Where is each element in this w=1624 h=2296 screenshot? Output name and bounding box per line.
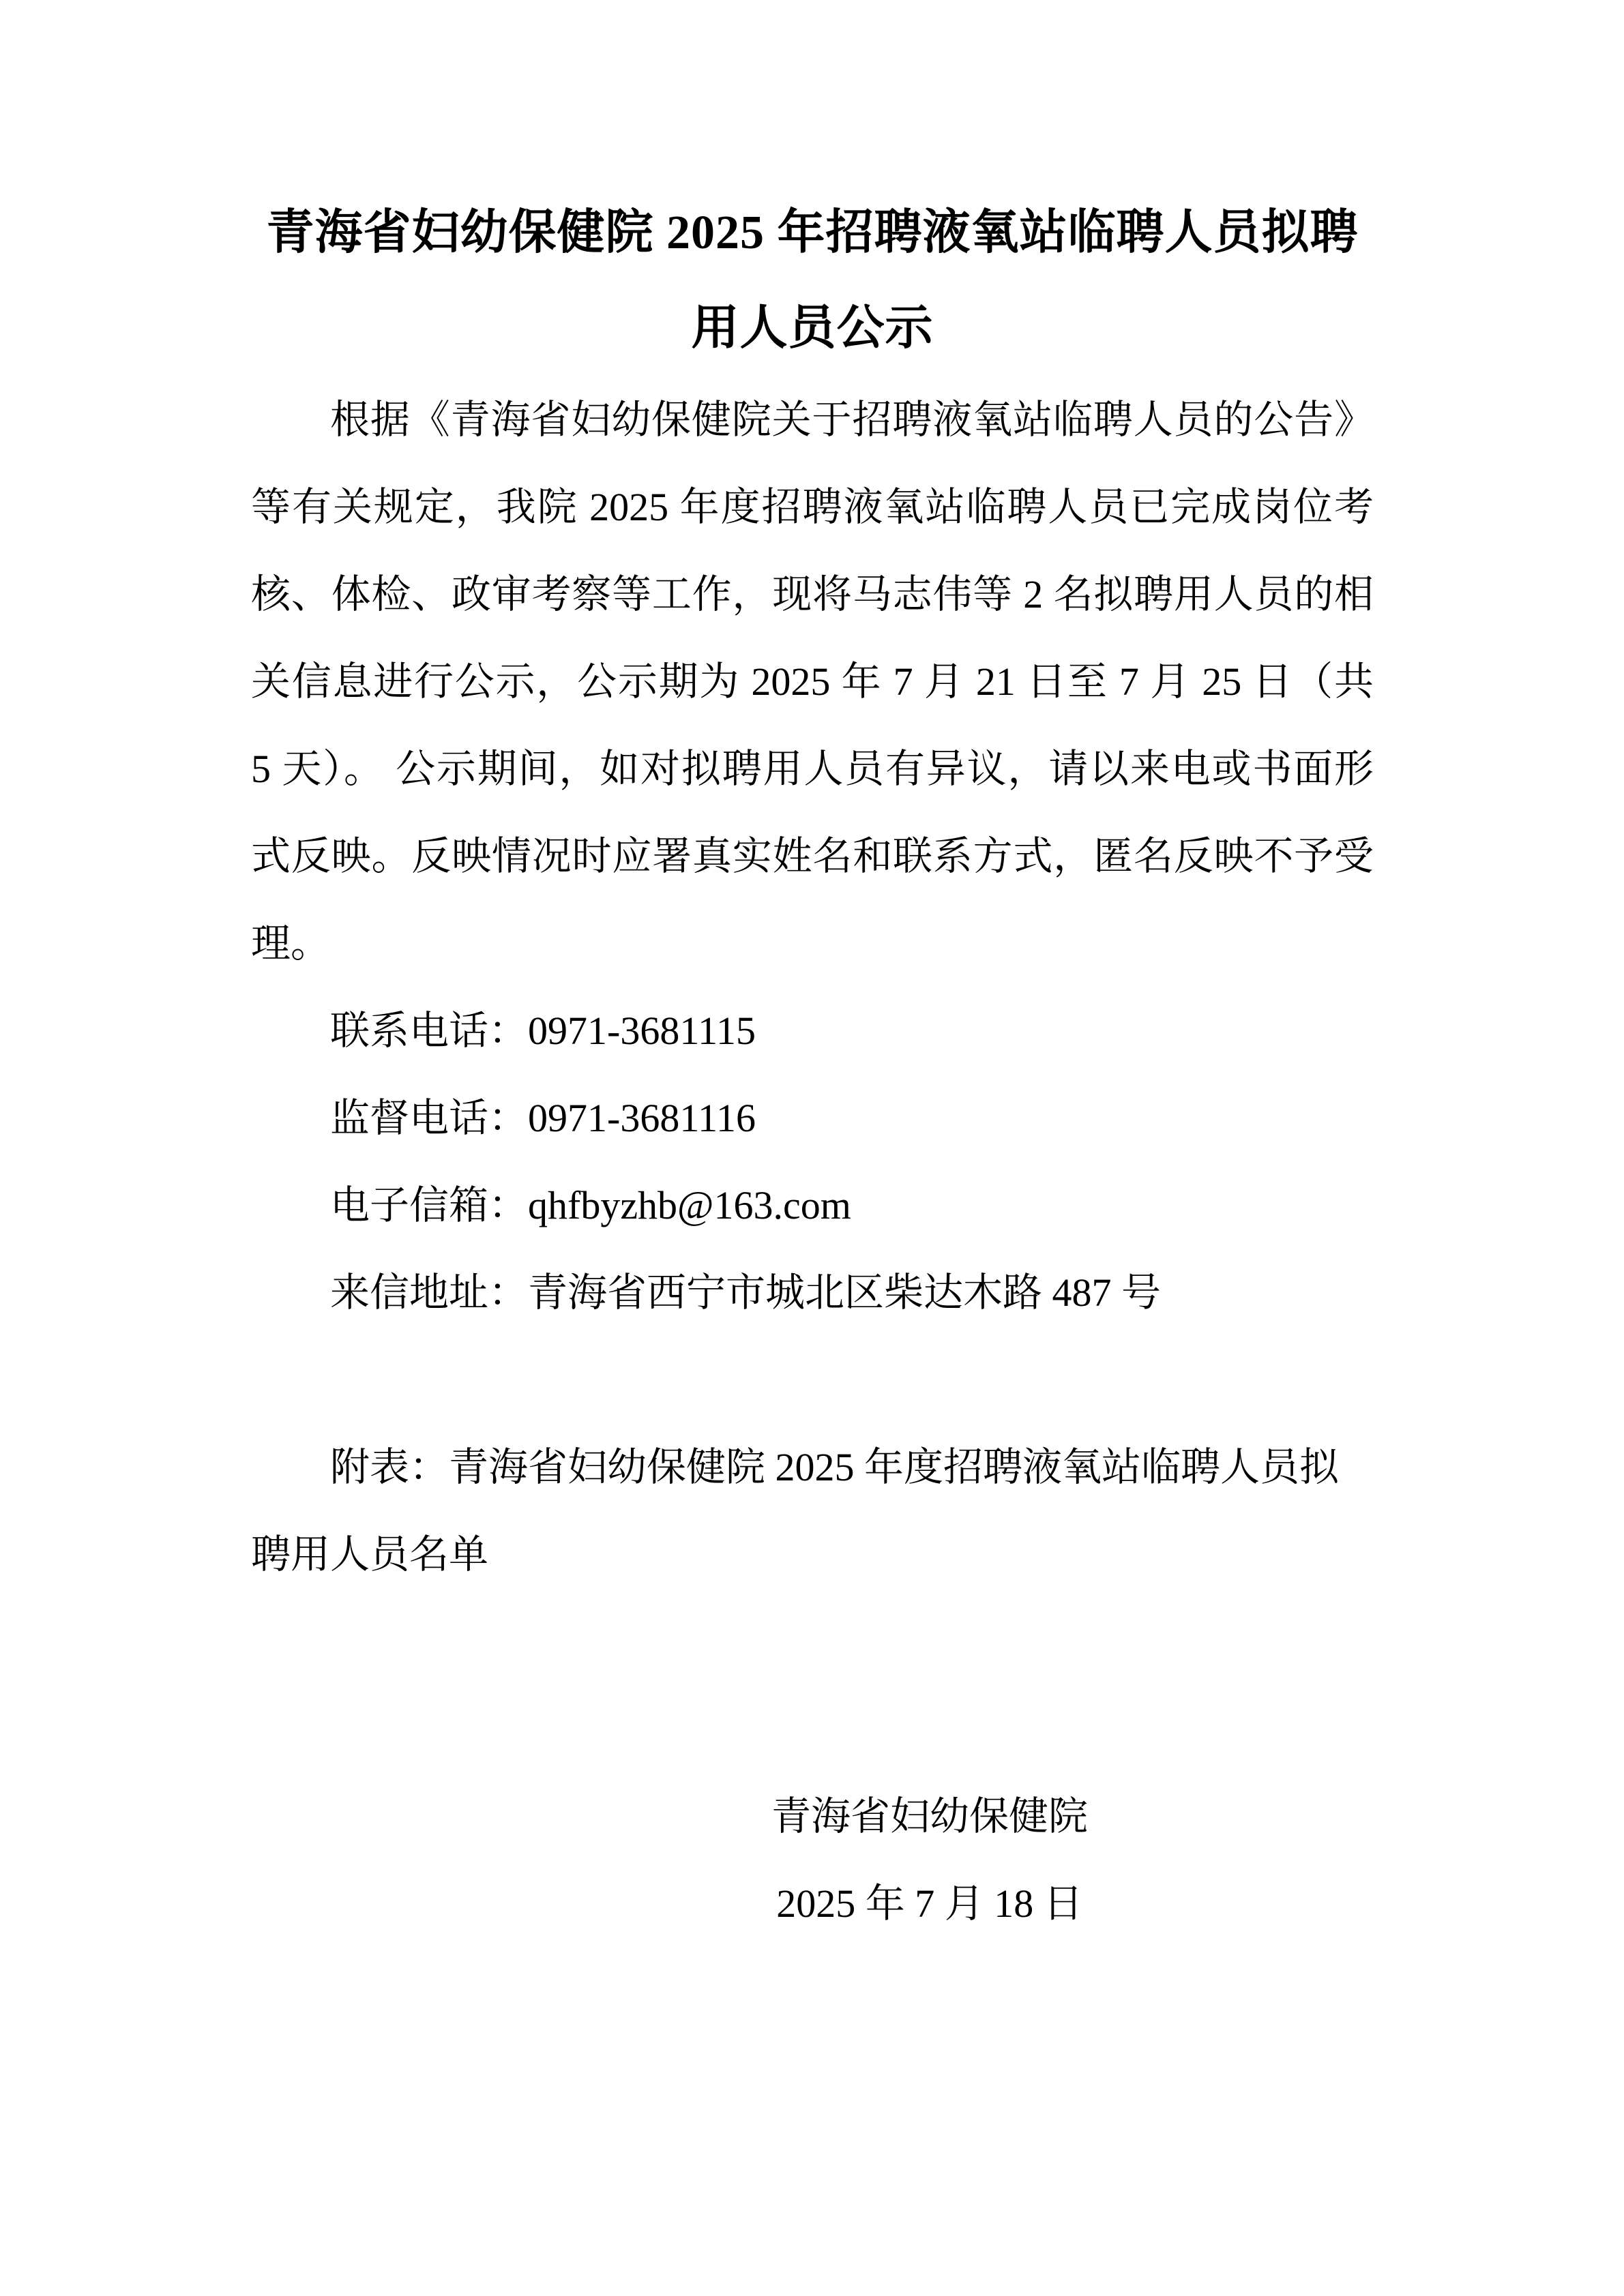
attachment-line-2: 聘用人员名单 xyxy=(251,1511,1374,1598)
contact-section: 联系电话：0971-3681115 监督电话：0971-3681116 电子信箱… xyxy=(251,987,1374,1337)
issue-date: 2025 年 7 月 18 日 xyxy=(368,1860,1491,1948)
document-page: 青海省妇幼保健院 2025 年招聘液氧站临聘人员拟聘 用人员公示 根据《青海省妇… xyxy=(0,0,1624,2296)
attachment-note: 附表：青海省妇幼保健院 2025 年度招聘液氧站临聘人员拟 聘用人员名单 xyxy=(251,1424,1374,1598)
paragraph-line-1: 根据《青海省妇幼保健院关于招聘液氧站临聘人员的公告》 xyxy=(251,376,1374,464)
document-title: 青海省妇幼保健院 2025 年招聘液氧站临聘人员拟聘 用人员公示 xyxy=(251,185,1374,376)
title-line-2: 用人员公示 xyxy=(251,281,1374,376)
paragraph-line-3: 核、体检、政审考察等工作，现将马志伟等 2 名拟聘用人员的相 xyxy=(251,551,1374,638)
paragraph-line-4: 关信息进行公示，公示期为 2025 年 7 月 21 日至 7 月 25 日（共 xyxy=(251,638,1374,726)
contact-email: 电子信箱：qhfbyzhb@163.com xyxy=(251,1162,1374,1249)
paragraph-line-7: 理。 xyxy=(251,900,1374,987)
title-line-1: 青海省妇幼保健院 2025 年招聘液氧站临聘人员拟聘 xyxy=(251,185,1374,281)
signature-block: 青海省妇幼保健院 2025 年 7 月 18 日 xyxy=(368,1773,1491,1948)
contact-phone: 联系电话：0971-3681115 xyxy=(251,987,1374,1075)
document-content: 青海省妇幼保健院 2025 年招聘液氧站临聘人员拟聘 用人员公示 根据《青海省妇… xyxy=(0,185,1624,1948)
paragraph-line-2: 等有关规定，我院 2025 年度招聘液氧站临聘人员已完成岗位考 xyxy=(251,464,1374,551)
paragraph-line-5: 5 天）。 公示期间，如对拟聘用人员有异议，请以来电或书面形 xyxy=(251,726,1374,813)
paragraph-line-6: 式反映。反映情况时应署真实姓名和联系方式，匿名反映不予受 xyxy=(251,813,1374,900)
mail-address: 来信地址：青海省西宁市城北区柴达木路 487 号 xyxy=(251,1249,1374,1337)
issuer-name: 青海省妇幼保健院 xyxy=(368,1773,1491,1860)
supervision-phone: 监督电话：0971-3681116 xyxy=(251,1075,1374,1162)
body-paragraph: 根据《青海省妇幼保健院关于招聘液氧站临聘人员的公告》 等有关规定，我院 2025… xyxy=(251,376,1374,987)
attachment-line-1: 附表：青海省妇幼保健院 2025 年度招聘液氧站临聘人员拟 xyxy=(251,1424,1374,1511)
